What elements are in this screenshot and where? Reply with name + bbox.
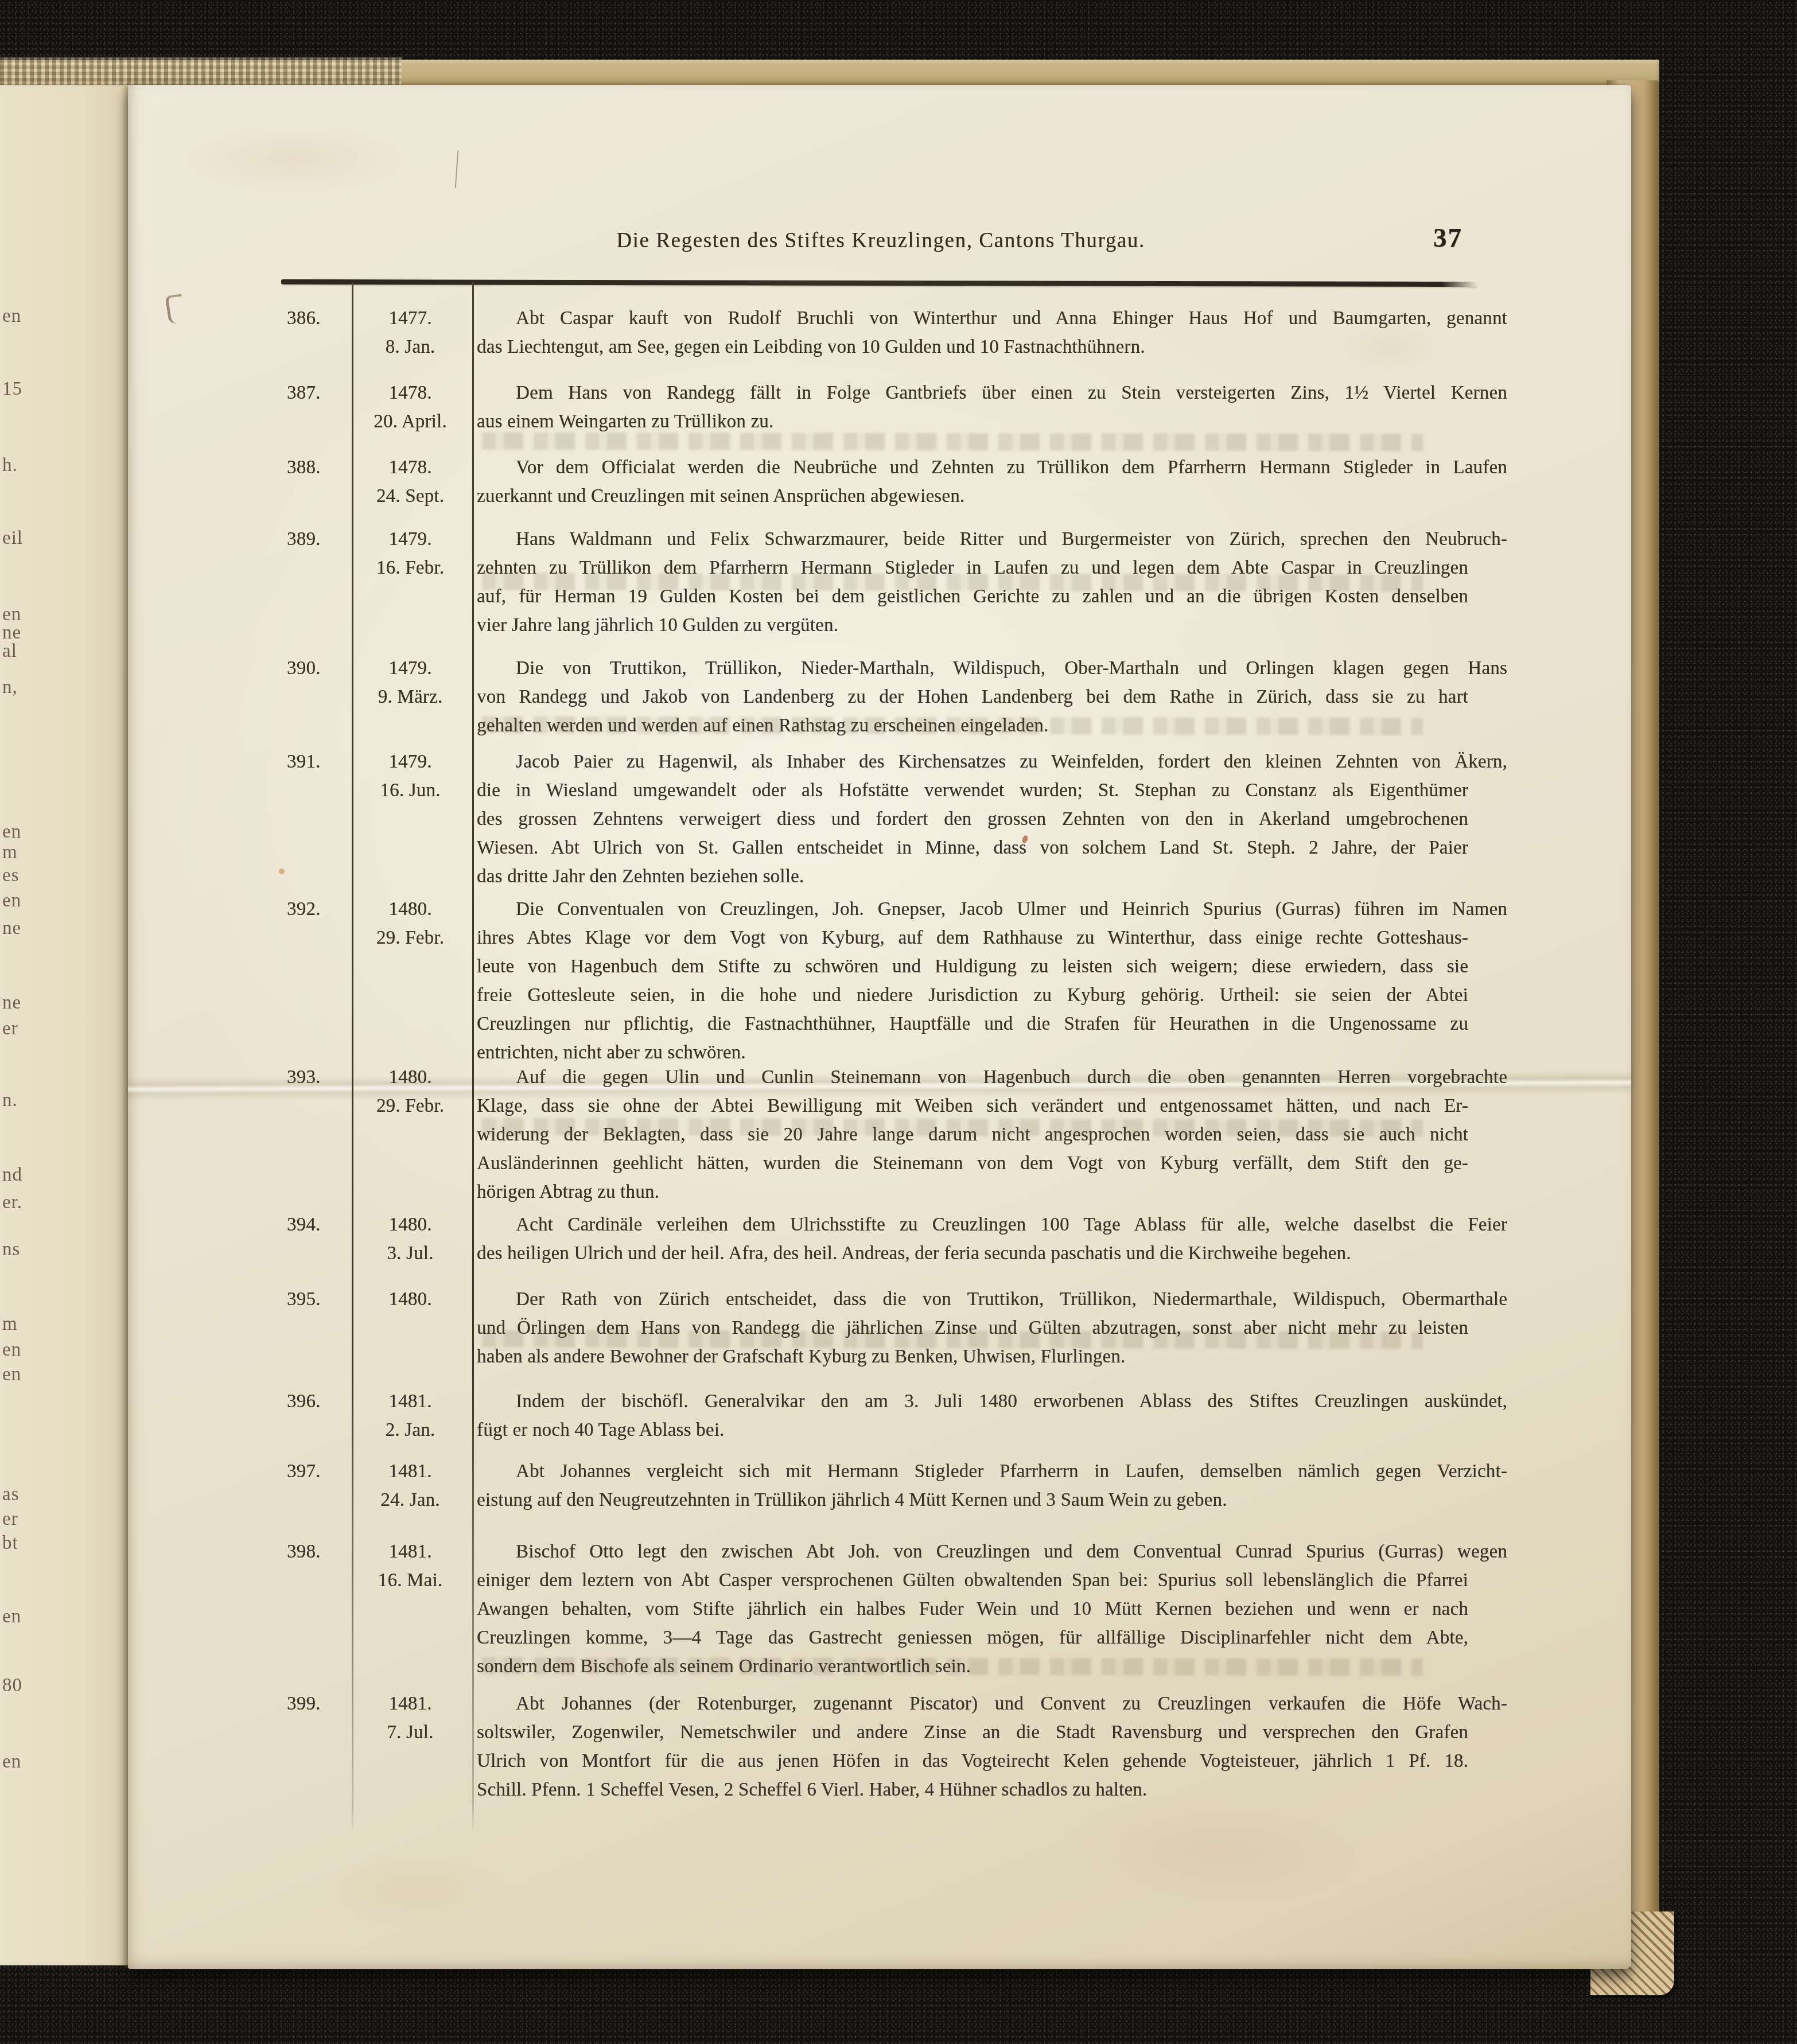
scan-background: en15h.eilennealn,enmesenneneern.nder.nsm…: [0, 0, 1797, 2044]
entry-text-line: Auf die gegen Ulin und Cunlin Steinemann…: [477, 1063, 1507, 1092]
entry-number: 394.: [287, 1210, 344, 1239]
entry-text-line: Dem Hans von Randegg fällt in Folge Gant…: [477, 379, 1507, 407]
paper-stain: [172, 122, 413, 196]
entry-text-line: Indem der bischöfl. Generalvikar den am …: [477, 1387, 1507, 1416]
margin-fragment: es: [2, 865, 20, 886]
entry-day: 20. April.: [357, 407, 464, 436]
entry-number: 398.: [287, 1537, 344, 1566]
margin-fragment: n.: [2, 1090, 18, 1111]
entry-text-line: des heiligen Ulrich und der heil. Afra, …: [477, 1239, 1468, 1268]
entry-text-line: Klage, dass sie ohne der Abtei Bewilligu…: [477, 1092, 1468, 1120]
entry-day: 9. März.: [357, 683, 464, 711]
margin-fragment: en: [2, 604, 21, 625]
entry-text-line: Der Rath von Zürich entscheidet, dass di…: [477, 1285, 1507, 1314]
bleed-through-line: [482, 1330, 1423, 1349]
ink-speck: [279, 869, 285, 874]
entry-number: 396.: [287, 1387, 344, 1416]
running-header-title: Die Regesten des Stiftes Kreuzlingen, Ca…: [287, 228, 1475, 253]
entry-text-line: Ausländerinnen geehlicht hätten, wurden …: [477, 1149, 1468, 1178]
margin-fragment: ne: [2, 918, 21, 939]
margin-fragment: as: [2, 1484, 20, 1505]
margin-fragment: en: [2, 1364, 21, 1385]
bleed-through-line: [482, 433, 1423, 451]
margin-fragment: 15: [2, 379, 22, 399]
entry-year: 1480.: [357, 1210, 464, 1239]
margin-fragment: en: [2, 822, 21, 842]
entry-text-line: von Randegg und Jakob von Landenberg zu …: [477, 683, 1468, 711]
entry-text-line: Wiesen. Abt Ulrich von St. Gallen entsch…: [477, 834, 1468, 862]
margin-fragment: m: [2, 842, 18, 863]
entry-year: 1481.: [357, 1457, 464, 1486]
entry-number: 393.: [287, 1063, 344, 1092]
entry-text-line: aus einem Weingarten zu Trüllikon zu.: [477, 407, 1468, 436]
entry-text-line: Ulrich von Montfort für die aus jenen Hö…: [477, 1747, 1468, 1776]
binding-tape: [0, 60, 1659, 88]
entry-number: 386.: [287, 304, 344, 333]
entry-number: 390.: [287, 654, 344, 683]
entry-year: 1479.: [357, 747, 464, 776]
entry-text-line: einiger dem leztern von Abt Casper versp…: [477, 1566, 1468, 1595]
column-divider-number: [352, 282, 353, 1834]
bleed-through-line: [482, 717, 1423, 735]
entry-number: 389.: [287, 525, 344, 554]
entry-day: 16. Febr.: [357, 554, 464, 582]
entry-day: 24. Sept.: [357, 482, 464, 511]
bleed-through-line: [482, 573, 1423, 592]
entry-day: 29. Febr.: [357, 924, 464, 952]
entry-text-line: ihres Abtes Klage vor dem Vogt von Kybur…: [477, 924, 1468, 952]
bleed-through-line: [482, 1118, 1423, 1137]
margin-fragment: m: [2, 1314, 18, 1334]
entry-year: 1481.: [357, 1537, 464, 1566]
entry-text-line: Creuzlingen komme, 3—4 Tage das Gastrech…: [477, 1623, 1468, 1652]
entry-number: 387.: [287, 379, 344, 407]
entry-day: 2. Jan.: [357, 1416, 464, 1445]
entry-day: 7. Jul.: [357, 1718, 464, 1747]
entry-text-line: vier Jahre lang jährlich 10 Gulden zu ve…: [477, 611, 1468, 640]
entry-text-line: Die von Truttikon, Trüllikon, Nieder-Mar…: [477, 654, 1507, 683]
entry-text-line: eistung auf den Neugreutzehnten in Trüll…: [477, 1486, 1468, 1514]
entry-text-line: Vor dem Officialat werden die Neubrüche …: [477, 453, 1507, 482]
entry-text-line: Hans Waldmann und Felix Schwarzmaurer, b…: [477, 525, 1507, 554]
entry-day: 24. Jan.: [357, 1486, 464, 1514]
entry-number: 399.: [287, 1689, 344, 1718]
entry-text-line: das dritte Jahr den Zehnten beziehen sol…: [477, 862, 1468, 891]
margin-fragment: ns: [2, 1239, 20, 1260]
margin-fragment: en: [2, 1751, 21, 1772]
entry-text-line: Abt Johannes (der Rotenburger, zugenannt…: [477, 1689, 1507, 1718]
entry-number: 388.: [287, 453, 344, 482]
entry-text-line: hörigen Abtrag zu thun.: [477, 1178, 1468, 1206]
entry-day: 8. Jan.: [357, 333, 464, 361]
margin-fragment: ne: [2, 622, 21, 643]
entry-day: 3. Jul.: [357, 1239, 464, 1268]
entry-text-line: freie Gottesleute seien, in die hohe und…: [477, 981, 1468, 1010]
margin-fragment: al: [2, 641, 17, 661]
page-number: 37: [1433, 223, 1502, 254]
margin-fragment: er: [2, 1018, 18, 1039]
entry-text-line: Creuzlingen nur pflichtig, die Fastnacht…: [477, 1010, 1468, 1038]
entry-year: 1479.: [357, 654, 464, 683]
bleed-through-line: [482, 1657, 1423, 1676]
entry-number: 392.: [287, 895, 344, 924]
margin-fragment: nd: [2, 1165, 22, 1185]
entry-text-line: Abt Johannes vergleicht sich mit Hermann…: [477, 1457, 1507, 1486]
entry-year: 1477.: [357, 304, 464, 333]
paper-stain: [321, 1853, 511, 1928]
margin-fragment: n,: [2, 677, 18, 698]
margin-fragment: er: [2, 1509, 18, 1529]
entry-text-line: Bischof Otto legt den zwischen Abt Joh. …: [477, 1537, 1507, 1566]
entry-year: 1481.: [357, 1689, 464, 1718]
entry-year: 1480.: [357, 1063, 464, 1092]
entry-text-line: leute von Hagenbuch dem Stifte zu schwör…: [477, 952, 1468, 981]
margin-fragment: 80: [2, 1675, 22, 1696]
margin-fragment: eil: [2, 528, 23, 548]
entry-text-line: das Liechtengut, am See, gegen ein Leibd…: [477, 333, 1468, 361]
margin-fragment: en: [2, 890, 21, 911]
margin-fragment: en: [2, 306, 21, 326]
entry-year: 1480.: [357, 1285, 464, 1314]
entry-text-line: des grossen Zehntens verweigert diess un…: [477, 805, 1468, 834]
underlying-page-edge: en15h.eilennealn,enmesenneneern.nder.nsm…: [0, 85, 138, 1965]
entry-text-line: Acht Cardinäle verleihen dem Ulrichsstif…: [477, 1210, 1507, 1239]
margin-fragment: bt: [2, 1533, 18, 1554]
entry-year: 1479.: [357, 525, 464, 554]
entry-year: 1481.: [357, 1387, 464, 1416]
entry-text-line: Jacob Paier zu Hagenwil, als Inhaber des…: [477, 747, 1507, 776]
entry-text-line: Die Conventualen von Creuzlingen, Joh. G…: [477, 895, 1507, 924]
entry-text-line: die in Wiesland umgewandelt oder als Hof…: [477, 776, 1468, 805]
entry-number: 395.: [287, 1285, 344, 1314]
entry-day: 29. Febr.: [357, 1092, 464, 1120]
column-divider-date: [472, 282, 474, 1834]
entry-year: 1478.: [357, 379, 464, 407]
entry-text-line: Awangen behalten, vom Stifte jährlich ei…: [477, 1595, 1468, 1623]
entry-text-line: zuerkannt und Creuzlingen mit seinen Ans…: [477, 482, 1468, 511]
entry-day: 16. Jun.: [357, 776, 464, 805]
entry-text-line: fügt er noch 40 Tage Ablass bei.: [477, 1416, 1468, 1445]
margin-fragment: h.: [2, 455, 18, 476]
entry-text-line: Abt Caspar kauft von Rudolf Bruchli von …: [477, 304, 1507, 333]
entry-text-line: Schill. Pfenn. 1 Scheffel Vesen, 2 Schef…: [477, 1776, 1468, 1804]
margin-fragment: en: [2, 1340, 21, 1360]
margin-fragment: er.: [2, 1192, 22, 1213]
entry-day: 16. Mai.: [357, 1566, 464, 1595]
margin-fragment: en: [2, 1606, 21, 1627]
paper-stain: [1056, 1790, 1377, 1910]
entry-number: 397.: [287, 1457, 344, 1486]
entry-text-line: soltswiler, Zogenwiler, Nemetschwiler un…: [477, 1718, 1468, 1747]
margin-fragment: ne: [2, 992, 21, 1013]
entry-number: 391.: [287, 747, 344, 776]
entry-year: 1480.: [357, 895, 464, 924]
entry-year: 1478.: [357, 453, 464, 482]
